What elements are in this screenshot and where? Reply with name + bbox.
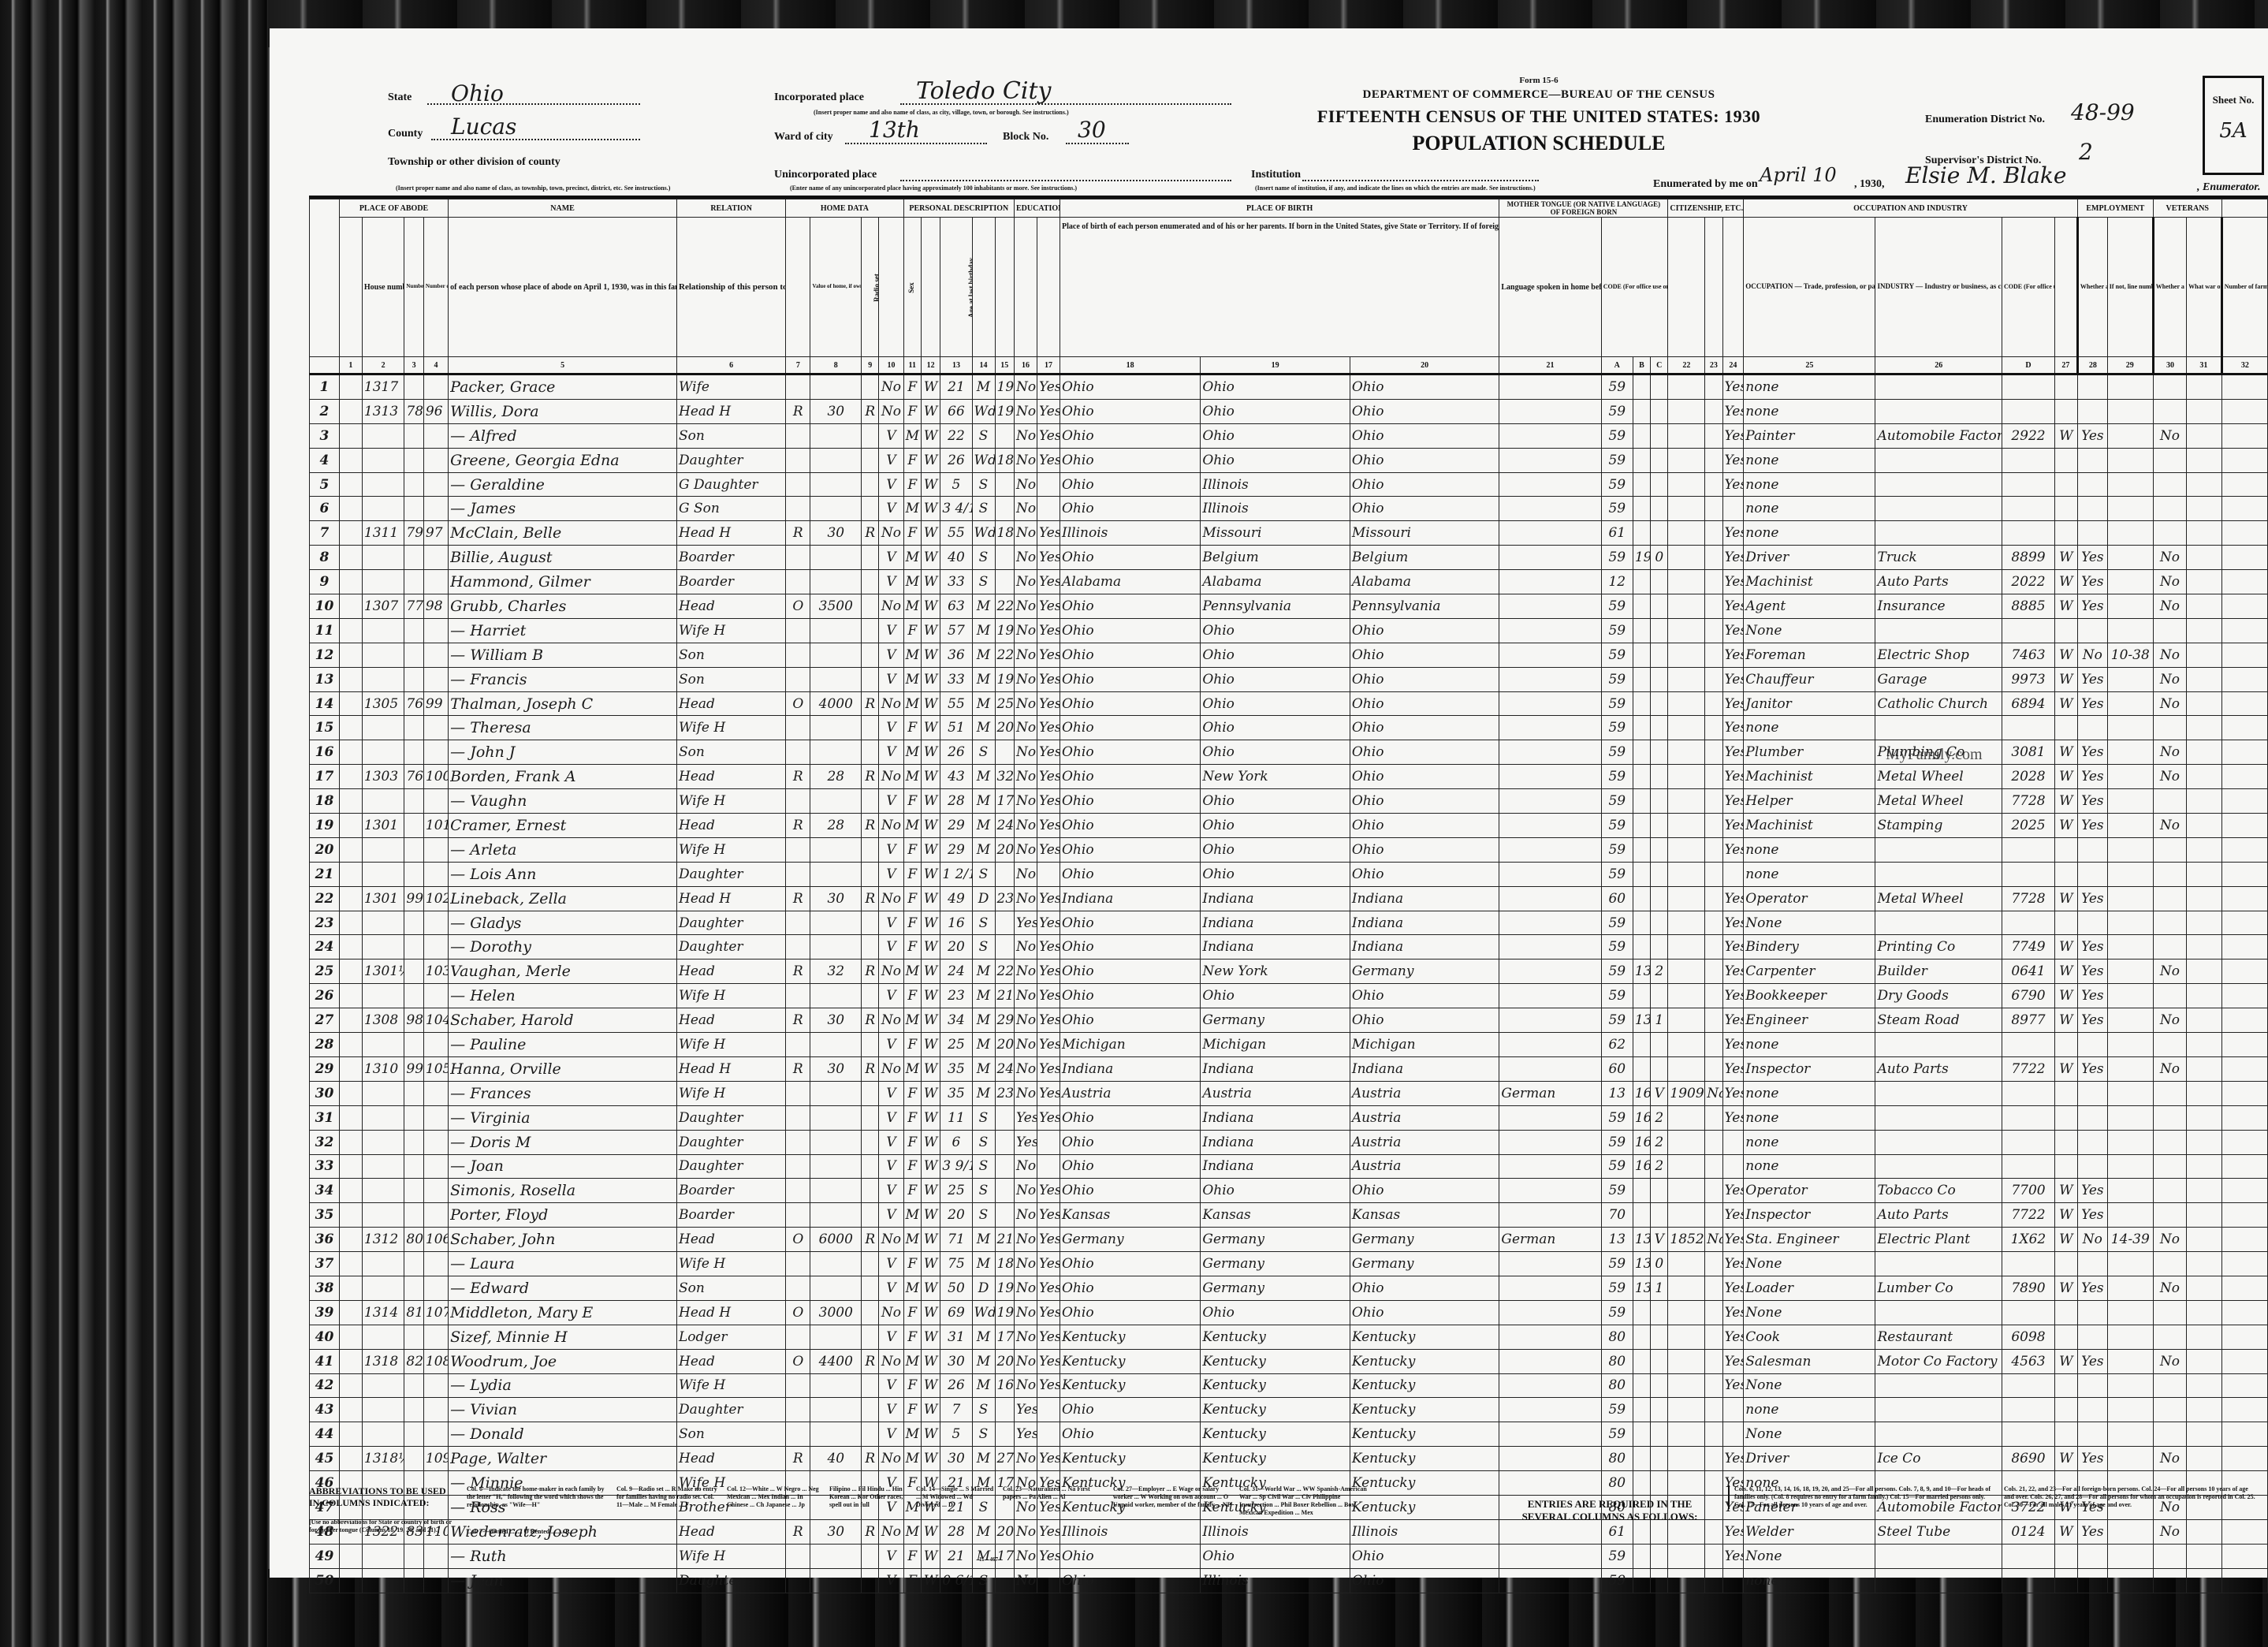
war-cell [2187,497,2222,521]
relation-cell: Wife H [677,1081,786,1105]
read-write-cell: Yes [1037,546,1060,570]
school-cell: No [1015,1325,1037,1349]
birthplace-cell: Ohio [1060,716,1201,740]
house-number-cell: 1307 [362,594,404,619]
birthplace-cell: Indiana [1060,1056,1201,1081]
industry-code-cell: 7728 [2002,789,2055,814]
dwelling-number-cell: 76 [404,691,424,716]
table-row: 32— Doris MDaughterVFW6SYesOhioIndianaAu… [310,1130,2268,1154]
unemployment-line-cell [2107,765,2153,789]
farm-schedule-cell [2221,1568,2267,1593]
naturalization-cell [1705,1447,1722,1471]
occupation-cell: none [1744,472,1875,497]
farm-cell: V [879,862,903,886]
radio-cell [862,1398,879,1422]
hdr-age: Age at last birthday [969,257,972,317]
class-of-worker-cell: W [2054,984,2077,1008]
age-at-marriage-cell: 18 [995,448,1015,472]
war-cell [2187,814,2222,838]
person-name-cell: Vaughan, Merle [449,960,677,984]
occupation-cell: Operator [1744,1179,1875,1203]
house-number-cell: 1301 [362,814,404,838]
group-relation: RELATION [677,199,786,218]
marital-cell: S [972,911,995,935]
school-cell: No [1015,1179,1037,1203]
relation-cell: Head H [677,1300,786,1325]
industry-code-cell [2002,1154,2055,1179]
street-cell [339,984,362,1008]
school-cell: No [1015,1228,1037,1252]
race-cell: W [921,1033,940,1057]
at-work-cell [2077,1325,2107,1349]
relation-cell: Boarder [677,1203,786,1228]
age-at-marriage-cell: 22 [995,594,1015,619]
mother-birthplace-cell: Ohio [1350,618,1499,643]
dwelling-number-cell [404,1373,424,1398]
war-cell [2187,740,2222,765]
home-owned-cell [786,911,810,935]
column-number: C [1651,357,1668,374]
war-cell [2187,667,2222,691]
class-of-worker-cell: W [2054,935,2077,960]
industry-code-cell [2002,521,2055,546]
speaks-english-cell: Yes [1722,1373,1744,1398]
age-cell: 29 [940,814,972,838]
marital-cell: M [972,814,995,838]
read-write-cell: Yes [1037,691,1060,716]
farm-cell: No [879,765,903,789]
enumerated-year: , 1930, [1854,178,1885,191]
line-number: 23 [310,911,340,935]
age-at-marriage-cell: 16 [995,1373,1015,1398]
family-number-cell [423,716,448,740]
unemployment-line-cell: 10-38 [2107,643,2153,667]
house-number-cell [362,935,404,960]
house-number-cell [362,837,404,862]
birthplace-cell: Ohio [1060,1008,1201,1033]
hdr-farm-schedule: Number of farm schedule [2221,218,2267,357]
farm-schedule-cell [2221,1081,2267,1105]
relation-cell: Boarder [677,1179,786,1203]
read-write-cell: Yes [1037,886,1060,911]
street-cell [339,1300,362,1325]
home-value-cell [810,497,862,521]
incorporated-note: (Insert proper name and also name of cla… [814,109,1069,116]
war-cell [2187,1252,2222,1276]
language-cell [1499,740,1601,765]
age-at-marriage-cell [995,1154,1015,1179]
age-cell: 43 [940,765,972,789]
code-b-cell: 13 [1633,1252,1650,1276]
marital-cell: M [972,1349,995,1373]
age-cell: 3 4/12 [940,497,972,521]
farm-cell: V [879,1276,903,1300]
unemployment-line-cell [2107,448,2153,472]
read-write-cell: Yes [1037,1033,1060,1057]
line-number: 45 [310,1447,340,1471]
sheet-number-box: Sheet No. 5A [2203,76,2264,175]
enumerated-date: April 10 [1760,164,1837,186]
person-name-cell: McClain, Belle [449,521,677,546]
code-b-cell [1633,1033,1650,1057]
veteran-cell [2153,399,2186,423]
age-at-marriage-cell [995,570,1015,594]
family-number-cell [423,1105,448,1130]
code-c-cell [1651,521,1668,546]
mother-birthplace-cell: Ohio [1350,862,1499,886]
code-c-cell [1651,399,1668,423]
at-work-cell [2077,521,2107,546]
block-label: Block No. [1003,131,1048,143]
at-work-cell: Yes [2077,984,2107,1008]
read-write-cell [1037,472,1060,497]
race-cell: W [921,423,940,448]
at-work-cell [2077,399,2107,423]
language-cell [1499,546,1601,570]
table-row: 26— HelenWife HVFW23M21NoYesOhioOhioOhio… [310,984,2268,1008]
family-number-cell [423,1252,448,1276]
speaks-english-cell: Yes [1722,448,1744,472]
code-b-cell: 13 [1633,1008,1650,1033]
sex-cell: M [903,1422,921,1447]
code-b-cell [1633,1447,1650,1471]
farm-cell: V [879,448,903,472]
immigration-year-cell [1668,814,1705,838]
line-number: 43 [310,1398,340,1422]
column-number: 5 [449,357,677,374]
radio-cell [862,1154,879,1179]
father-birthplace-cell: Kentucky [1201,1447,1350,1471]
abbrev-col27: Col. 27—Employer ... E Wage or salary wo… [1113,1485,1231,1509]
family-number-cell [423,1154,448,1179]
speaks-english-cell: Yes [1722,837,1744,862]
home-value-cell [810,789,862,814]
race-cell: W [921,594,940,619]
class-of-worker-cell [2054,1568,2077,1593]
industry-code-cell [2002,1373,2055,1398]
speaks-english-cell: Yes [1722,765,1744,789]
father-birthplace-cell: Ohio [1201,618,1350,643]
father-birthplace-cell: Indiana [1201,1056,1350,1081]
farm-cell: V [879,1154,903,1179]
language-cell [1499,1398,1601,1422]
farm-schedule-cell [2221,1325,2267,1349]
birthplace-cell: Ohio [1060,814,1201,838]
father-birthplace-cell: Indiana [1201,1105,1350,1130]
class-of-worker-cell: W [2054,667,2077,691]
naturalization-cell [1705,1300,1722,1325]
naturalization-cell [1705,594,1722,619]
institution-label: Institution [1251,169,1301,181]
industry-code-cell: 7700 [2002,1179,2055,1203]
dwelling-number-cell [404,960,424,984]
age-cell: 20 [940,1203,972,1228]
relation-cell: Wife H [677,984,786,1008]
school-cell: Yes [1015,1105,1037,1130]
speaks-english-cell: Yes [1722,374,1744,400]
school-cell: No [1015,814,1037,838]
column-number: 17 [1037,357,1060,374]
street-cell [339,1179,362,1203]
line-number: 14 [310,691,340,716]
home-value-cell [810,935,862,960]
code-b-cell [1633,472,1650,497]
unemployment-line-cell [2107,789,2153,814]
naturalization-cell [1705,960,1722,984]
farm-cell: No [879,374,903,400]
code-a-cell: 59 [1601,911,1633,935]
mother-birthplace-cell: Ohio [1350,399,1499,423]
war-cell [2187,1179,2222,1203]
unemployment-line-cell [2107,935,2153,960]
sex-cell: M [903,546,921,570]
code-c-cell [1651,911,1668,935]
occupation-cell: None [1744,911,1875,935]
dwelling-number-cell: 98 [404,1008,424,1033]
dwelling-number-cell [404,448,424,472]
father-birthplace-cell: Ohio [1201,423,1350,448]
radio-cell [862,911,879,935]
radio-cell [862,1276,879,1300]
table-row: 4Greene, Georgia EdnaDaughterVFW26Wd18No… [310,448,2268,472]
line-number: 40 [310,1325,340,1349]
line-number: 39 [310,1300,340,1325]
dwelling-number-cell: 76 [404,765,424,789]
home-value-cell [810,984,862,1008]
dwelling-number-cell [404,1130,424,1154]
relation-cell: Daughter [677,911,786,935]
street-cell [339,570,362,594]
home-value-cell [810,1325,862,1349]
code-a-cell: 59 [1601,960,1633,984]
industry-code-cell [2002,1300,2055,1325]
read-write-cell [1037,1398,1060,1422]
class-of-worker-cell: W [2054,1447,2077,1471]
race-cell: W [921,1203,940,1228]
sex-cell: M [903,423,921,448]
occupation-cell: None [1744,1373,1875,1398]
family-number-cell: 96 [423,399,448,423]
line-number: 5 [310,472,340,497]
relation-cell: Wife H [677,1033,786,1057]
read-write-cell: Yes [1037,643,1060,667]
radio-cell [862,837,879,862]
language-cell [1499,1056,1601,1081]
unemployment-line-cell [2107,1300,2153,1325]
industry-cell [1875,716,2002,740]
person-name-cell: — Donald [449,1422,677,1447]
farm-schedule-cell [2221,1228,2267,1252]
code-a-cell: 59 [1601,691,1633,716]
industry-cell: Electric Shop [1875,643,2002,667]
read-write-cell: Yes [1037,1203,1060,1228]
industry-code-cell [2002,448,2055,472]
industry-code-cell [2002,472,2055,497]
war-cell [2187,374,2222,400]
school-cell: No [1015,691,1037,716]
code-a-cell: 59 [1601,618,1633,643]
marital-cell: S [972,935,995,960]
dwelling-number-cell [404,423,424,448]
at-work-cell: Yes [2077,691,2107,716]
sex-cell: M [903,594,921,619]
line-number: 32 [310,1130,340,1154]
house-number-cell [362,716,404,740]
race-cell: W [921,497,940,521]
farm-cell: V [879,667,903,691]
unemployment-line-cell [2107,716,2153,740]
birthplace-cell: Ohio [1060,546,1201,570]
father-birthplace-cell: Indiana [1201,1154,1350,1179]
house-number-cell: 1313 [362,399,404,423]
veteran-cell: No [2153,1228,2186,1252]
naturalization-cell [1705,1373,1722,1398]
class-of-worker-cell [2054,399,2077,423]
age-at-marriage-cell [995,1130,1015,1154]
naturalization-cell [1705,814,1722,838]
marital-cell: S [972,1203,995,1228]
immigration-year-cell [1668,374,1705,400]
home-value-cell: 32 [810,960,862,984]
industry-code-cell: 6098 [2002,1325,2055,1349]
school-cell: No [1015,1081,1037,1105]
age-at-marriage-cell [995,423,1015,448]
line-number: 11 [310,618,340,643]
language-cell [1499,374,1601,400]
relation-cell: Son [677,1276,786,1300]
school-cell: No [1015,886,1037,911]
person-name-cell: Grubb, Charles [449,594,677,619]
occupation-cell: Machinist [1744,765,1875,789]
family-number-cell [423,1422,448,1447]
abbrev-col12: Col. 12—White ... W Negro ... Neg Mexica… [727,1485,821,1509]
abbrev-col6: Col. 6—Indicate the home-maker in each f… [467,1485,609,1509]
class-of-worker-cell [2054,1325,2077,1349]
home-value-cell [810,1033,862,1057]
person-name-cell: Cramer, Ernest [449,814,677,838]
race-cell: W [921,740,940,765]
veteran-cell [2153,1179,2186,1203]
code-c-cell [1651,984,1668,1008]
industry-code-cell: 9973 [2002,667,2055,691]
relation-cell: Head [677,1228,786,1252]
farm-cell: V [879,1130,903,1154]
home-owned-cell [786,716,810,740]
birthplace-cell: Ohio [1060,789,1201,814]
father-birthplace-cell: Ohio [1201,1300,1350,1325]
language-cell [1499,594,1601,619]
radio-cell [862,448,879,472]
dwelling-number-cell: 77 [404,594,424,619]
birthplace-cell: Ohio [1060,1130,1201,1154]
unemployment-line-cell [2107,1033,2153,1057]
occupation-cell: none [1744,1568,1875,1593]
relation-cell: Daughter [677,862,786,886]
industry-code-cell [2002,1033,2055,1057]
house-number-cell [362,1325,404,1349]
street-cell [339,789,362,814]
speaks-english-cell: Yes [1722,1105,1744,1130]
entries-title: ENTRIES ARE REQUIRED IN THE SEVERAL COLU… [1507,1498,1712,1524]
immigration-year-cell [1668,1130,1705,1154]
dwelling-number-cell [404,374,424,400]
farm-cell: No [879,1008,903,1033]
code-b-cell: 16 [1633,1130,1650,1154]
footer-abbreviations: ABBREVIATIONS TO BE USED IN COLUMNS INDI… [309,1481,2268,1567]
war-cell [2187,1033,2222,1057]
marital-cell: M [972,1252,995,1276]
immigration-year-cell [1668,1349,1705,1373]
industry-cell [1875,374,2002,400]
at-work-cell [2077,618,2107,643]
veteran-cell [2153,618,2186,643]
farm-cell: No [879,594,903,619]
industry-cell [1875,1300,2002,1325]
relation-cell: Lodger [677,1325,786,1349]
code-c-cell [1651,1325,1668,1349]
industry-cell [1875,618,2002,643]
home-value-cell: 30 [810,1056,862,1081]
column-number: 19 [1201,357,1350,374]
age-cell: 71 [940,1228,972,1252]
home-value-cell [810,618,862,643]
unemployment-line-cell [2107,521,2153,546]
speaks-english-cell: Yes [1722,789,1744,814]
age-at-marriage-cell: 19 [995,1276,1015,1300]
dwelling-number-cell: 79 [404,521,424,546]
occupation-cell: none [1744,1081,1875,1105]
language-cell [1499,886,1601,911]
code-c-cell: 2 [1651,960,1668,984]
speaks-english-cell: Yes [1722,1033,1744,1057]
home-value-cell [810,1373,862,1398]
marital-cell: M [972,643,995,667]
hdr-unemployment: If not, line number on Unemployment Sche… [2107,218,2153,357]
ward-label: Ward of city [774,131,833,143]
war-cell [2187,521,2222,546]
speaks-english-cell: Yes [1722,1056,1744,1081]
language-cell [1499,521,1601,546]
street-cell [339,862,362,886]
relation-cell: Daughter [677,1105,786,1130]
speaks-english-cell: Yes [1722,886,1744,911]
home-value-cell: 3000 [810,1300,862,1325]
veteran-cell [2153,1398,2186,1422]
table-row: 451318½109Page, WalterHeadR40RNoMW30M27N… [310,1447,2268,1471]
home-owned-cell: R [786,399,810,423]
unemployment-line-cell [2107,1568,2153,1593]
code-b-cell [1633,1422,1650,1447]
school-cell: No [1015,1568,1037,1593]
race-cell: W [921,862,940,886]
mother-birthplace-cell: Ohio [1350,643,1499,667]
speaks-english-cell: Yes [1722,1008,1744,1033]
farm-cell: V [879,789,903,814]
marital-cell: M [972,984,995,1008]
hdr-house-number: House number (in cities or towns) [362,218,404,357]
table-row: 1013077798Grubb, CharlesHeadO3500NoMW63M… [310,594,2268,619]
school-cell: No [1015,740,1037,765]
industry-code-cell: 7463 [2002,643,2055,667]
school-cell: No [1015,374,1037,400]
column-number: 24 [1722,357,1744,374]
at-work-cell [2077,1568,2107,1593]
sex-cell: M [903,691,921,716]
birthplace-cell: Ohio [1060,374,1201,400]
code-a-cell: 59 [1601,1398,1633,1422]
at-work-cell [2077,472,2107,497]
immigration-year-cell [1668,667,1705,691]
